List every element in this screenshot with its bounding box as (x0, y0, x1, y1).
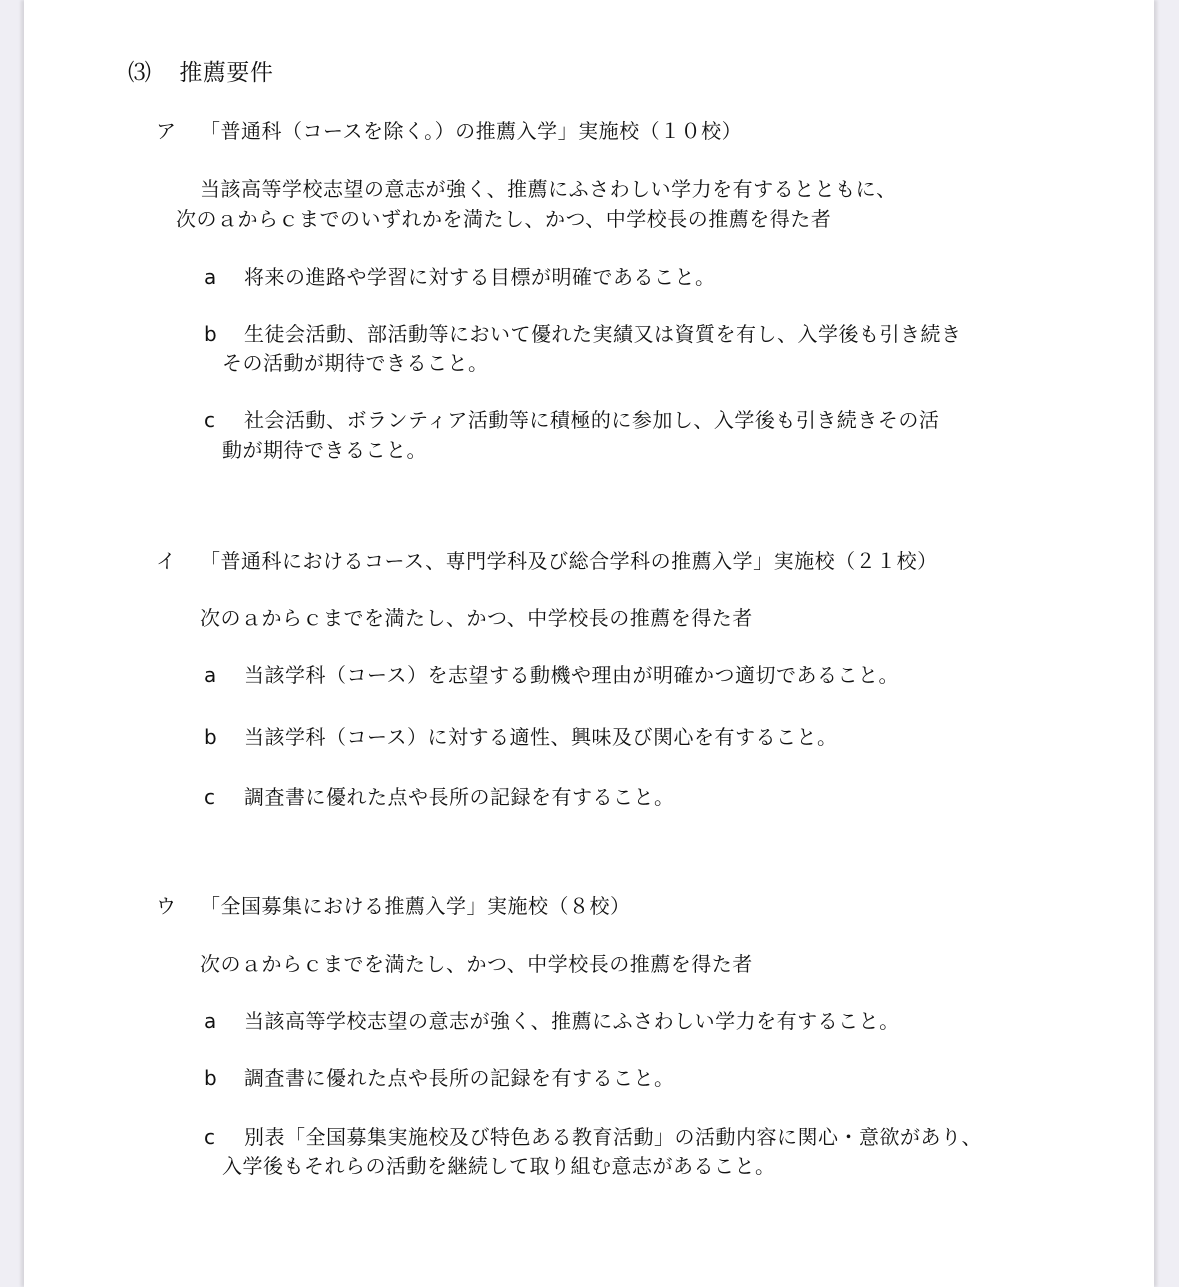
category-title-a: ア「普通科（コースを除く。）の推薦入学」実施校（１０校） (156, 118, 742, 144)
category-marker: ア (156, 118, 200, 144)
item-marker: b (204, 1065, 244, 1091)
category-title: 「普通科におけるコース、専門学科及び総合学科の推薦入学」実施校（２１校） (200, 549, 938, 573)
category-title-u: ウ「全国募集における推薦入学」実施校（８校） (156, 893, 631, 919)
category-marker: ウ (156, 893, 200, 919)
item-marker: a (204, 264, 244, 290)
item-marker: b (204, 321, 244, 347)
item-marker: b (204, 724, 244, 750)
category-title: 「全国募集における推薦入学」実施校（８校） (200, 894, 631, 918)
category-title-i: イ「普通科におけるコース、専門学科及び総合学科の推薦入学」実施校（２１校） (156, 548, 938, 574)
document-page: ⑶ 推薦要件 ア「普通科（コースを除く。）の推薦入学」実施校（１０校） 当該高等… (24, 0, 1154, 1287)
requirement-item: c調査書に優れた点や長所の記録を有すること。 (204, 784, 675, 810)
requirement-item: b当該学科（コース）に対する適性、興味及び関心を有すること。 (204, 724, 838, 750)
category-marker: イ (156, 548, 200, 574)
item-marker: a (204, 1008, 244, 1034)
requirement-item: a将来の進路や学習に対する目標が明確であること。 (204, 264, 716, 290)
section-number: ⑶ (128, 58, 152, 88)
section-heading: ⑶ 推薦要件 (128, 58, 273, 88)
intro-line: 当該高等学校志望の意志が強く、推薦にふさわしい学力を有するとともに、 (200, 176, 897, 202)
requirement-continuation: 入学後もそれらの活動を継続して取り組む意志があること。 (222, 1153, 776, 1179)
category-title: 「普通科（コースを除く。）の推薦入学」実施校（１０校） (200, 119, 742, 143)
requirement-item: a当該学科（コース）を志望する動機や理由が明確かつ適切であること。 (204, 662, 899, 688)
item-marker: a (204, 662, 244, 688)
item-marker: c (204, 1124, 244, 1150)
requirement-item: a当該高等学校志望の意志が強く、推薦にふさわしい学力を有すること。 (204, 1008, 900, 1034)
item-marker: c (204, 784, 244, 810)
item-marker: c (204, 407, 244, 433)
requirement-item: b調査書に優れた点や長所の記録を有すること。 (204, 1065, 675, 1091)
intro-line: 次のａからｃまでを満たし、かつ、中学校長の推薦を得た者 (200, 951, 753, 977)
requirement-item: b生徒会活動、部活動等において優れた実績又は資質を有し、入学後も引き続き (204, 321, 962, 347)
intro-line: 次のａからｃまでを満たし、かつ、中学校長の推薦を得た者 (200, 605, 753, 631)
requirement-continuation: その活動が期待できること。 (222, 350, 489, 376)
requirement-continuation: 動が期待できること。 (222, 437, 427, 463)
requirement-item: c社会活動、ボランティア活動等に積極的に参加し、入学後も引き続きその活 (204, 407, 939, 433)
requirement-item: c別表「全国募集実施校及び特色ある教育活動」の活動内容に関心・意欲があり、 (204, 1124, 982, 1150)
intro-line: 次のａからｃまでのいずれかを満たし、かつ、中学校長の推薦を得た者 (176, 206, 831, 232)
section-title: 推薦要件 (179, 60, 273, 86)
